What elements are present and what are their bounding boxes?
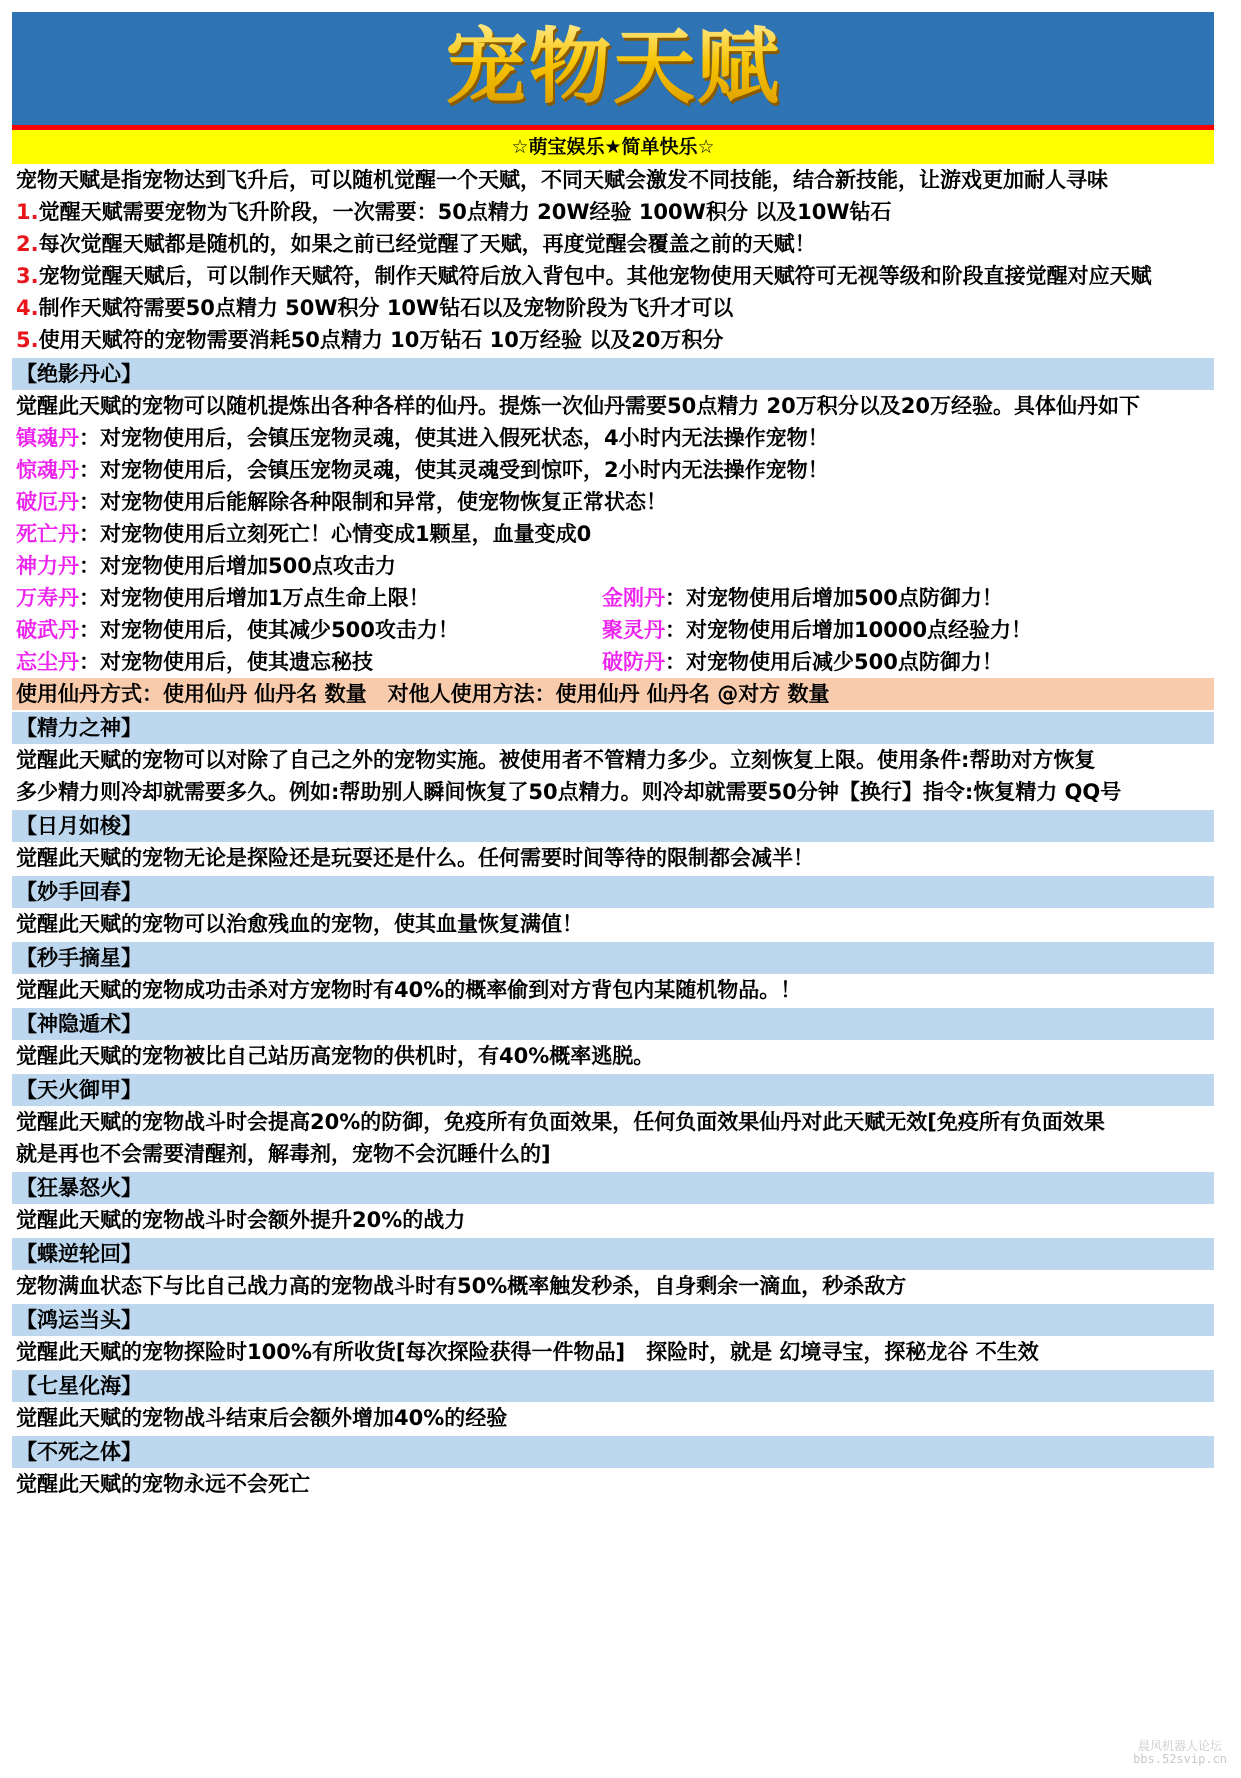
watermark-url: bbs.52svip.cn [1133, 1753, 1227, 1766]
pill-effect: ：对宠物使用后，使其减少500攻击力！ [79, 618, 459, 642]
section-header: 【蝶逆轮回】 [12, 1238, 1214, 1270]
rule-number: 1. [16, 200, 39, 224]
rule-text: 使用天赋符的宠物需要消耗50点精力 10万钻石 10万经验 以及20万积分 [39, 328, 724, 352]
pill-name: 神力丹 [16, 554, 79, 578]
talent-description: 觉醒此天赋的宠物探险时100%有所收货[每次探险获得一件物品] 探险时，就是 幻… [12, 1336, 1214, 1368]
pill-name: 金刚丹 [602, 586, 665, 610]
pill-usage-instructions: 使用仙丹方式：使用仙丹 仙丹名 数量 对他人使用方法：使用仙丹 仙丹名 @对方 … [12, 678, 1214, 710]
pill-name: 破武丹 [16, 618, 79, 642]
rule-text: 制作天赋符需要50点精力 50W积分 10W钻石以及宠物阶段为飞升才可以 [39, 296, 734, 320]
pill-item: 惊魂丹：对宠物使用后，会镇压宠物灵魂，使其灵魂受到惊吓，2小时内无法操作宠物！ [12, 454, 1214, 486]
section-header: 【天火御甲】 [12, 1074, 1214, 1106]
pill-name: 万寿丹 [16, 586, 79, 610]
section-header: 【狂暴怒火】 [12, 1172, 1214, 1204]
section-header: 【鸿运当头】 [12, 1304, 1214, 1336]
rule-text: 宠物觉醒天赋后，可以制作天赋符，制作天赋符后放入背包中。其他宠物使用天赋符可无视… [39, 264, 1152, 288]
rule-number: 4. [16, 296, 39, 320]
talent-description: 觉醒此天赋的宠物成功击杀对方宠物时有40%的概率偷到对方背包内某随机物品。！ [12, 974, 1214, 1006]
rules-list: 1.觉醒天赋需要宠物为飞升阶段，一次需要：50点精力 20W经验 100W积分 … [12, 196, 1214, 356]
rule-item: 5.使用天赋符的宠物需要消耗50点精力 10万钻石 10万经验 以及20万积分 [12, 324, 1214, 356]
talent-description: 宠物满血状态下与比自己战力高的宠物战斗时有50%概率触发秒杀，自身剩余一滴血，秒… [12, 1270, 1214, 1302]
section-header: 【日月如梭】 [12, 810, 1214, 842]
intro-text: 宠物天赋是指宠物达到飞升后，可以随机觉醒一个天赋，不同天赋会激发不同技能，结合新… [12, 164, 1214, 196]
pill-list: 镇魂丹：对宠物使用后，会镇压宠物灵魂，使其进入假死状态，4小时内无法操作宠物！ … [12, 422, 1214, 582]
slogan-band: ☆萌宝娱乐★简单快乐☆ [12, 130, 1214, 164]
pill-effect: ：对宠物使用后，会镇压宠物灵魂，使其进入假死状态，4小时内无法操作宠物！ [79, 426, 829, 450]
rule-item: 1.觉醒天赋需要宠物为飞升阶段，一次需要：50点精力 20W经验 100W积分 … [12, 196, 1214, 228]
pill-effect: ：对宠物使用后增加500点防御力！ [665, 586, 1003, 610]
pill-effect: ：对宠物使用后减少500点防御力！ [665, 650, 1003, 674]
pill-column-left: 万寿丹：对宠物使用后增加1万点生命上限！ 破武丹：对宠物使用后，使其减少500攻… [12, 582, 598, 678]
pill-name: 破厄丹 [16, 490, 79, 514]
pill-name: 破防丹 [602, 650, 665, 674]
pill-column-right: 金刚丹：对宠物使用后增加500点防御力！ 聚灵丹：对宠物使用后增加10000点经… [598, 582, 1214, 678]
pill-item: 忘尘丹：对宠物使用后，使其遗忘秘技 [12, 646, 598, 678]
pill-item: 神力丹：对宠物使用后增加500点攻击力 [12, 550, 1214, 582]
talent-description: 觉醒此天赋的宠物无论是探险还是玩耍还是什么。任何需要时间等待的限制都会减半！ [12, 842, 1214, 874]
pill-item: 破防丹：对宠物使用后减少500点防御力！ [598, 646, 1214, 678]
talent-description: 觉醒此天赋的宠物战斗时会额外提升20%的战力 [12, 1204, 1214, 1236]
pill-effect: ：对宠物使用后增加500点攻击力 [79, 554, 396, 578]
pill-effect: ：对宠物使用后增加10000点经验力！ [665, 618, 1032, 642]
talent-description: 觉醒此天赋的宠物可以治愈残血的宠物，使其血量恢复满值！ [12, 908, 1214, 940]
talent-description: 觉醒此天赋的宠物战斗时会提高20%的防御，免疫所有负面效果，任何负面效果仙丹对此… [12, 1106, 1214, 1138]
talent-description: 觉醒此天赋的宠物可以对除了自己之外的宠物实施。被使用者不管精力多少。立刻恢复上限… [12, 744, 1214, 776]
section-header: 【七星化海】 [12, 1370, 1214, 1402]
pill-effect: ：对宠物使用后，使其遗忘秘技 [79, 650, 373, 674]
section-header: 【不死之体】 [12, 1436, 1214, 1468]
section-header: 【绝影丹心】 [12, 358, 1214, 390]
rule-text: 每次觉醒天赋都是随机的，如果之前已经觉醒了天赋，再度觉醒会覆盖之前的天赋！ [39, 232, 816, 256]
pill-effect: ：对宠物使用后增加1万点生命上限！ [79, 586, 430, 610]
talent-list: 【精力之神】 觉醒此天赋的宠物可以对除了自己之外的宠物实施。被使用者不管精力多少… [12, 712, 1214, 1500]
pill-two-column-list: 万寿丹：对宠物使用后增加1万点生命上限！ 破武丹：对宠物使用后，使其减少500攻… [12, 582, 1214, 678]
section-header: 【秒手摘星】 [12, 942, 1214, 974]
rule-number: 3. [16, 264, 39, 288]
slogan-text: ☆萌宝娱乐★简单快乐☆ [511, 136, 714, 158]
pill-effect: ：对宠物使用后，会镇压宠物灵魂，使其灵魂受到惊吓，2小时内无法操作宠物！ [79, 458, 829, 482]
talent-description: 就是再也不会需要清醒剂，解毒剂，宠物不会沉睡什么的] [12, 1138, 1214, 1170]
section-description: 觉醒此天赋的宠物可以随机提炼出各种各样的仙丹。提炼一次仙丹需要50点精力 20万… [12, 390, 1214, 422]
pill-item: 死亡丹：对宠物使用后立刻死亡！心情变成1颗星，血量变成0 [12, 518, 1214, 550]
page-title: 宠物天赋 [445, 22, 781, 114]
pill-item: 金刚丹：对宠物使用后增加500点防御力！ [598, 582, 1214, 614]
title-banner: 宠物天赋 [12, 12, 1214, 125]
talent-description: 多少精力则冷却就需要多久。例如:帮助别人瞬间恢复了50点精力。则冷却就需要50分… [12, 776, 1214, 808]
forum-watermark: 晨风机器人论坛 bbs.52svip.cn [1133, 1740, 1227, 1766]
pill-item: 万寿丹：对宠物使用后增加1万点生命上限！ [12, 582, 598, 614]
talent-description: 觉醒此天赋的宠物永远不会死亡 [12, 1468, 1214, 1500]
rule-item: 4.制作天赋符需要50点精力 50W积分 10W钻石以及宠物阶段为飞升才可以 [12, 292, 1214, 324]
rule-number: 5. [16, 328, 39, 352]
pill-effect: ：对宠物使用后能解除各种限制和异常，使宠物恢复正常状态！ [79, 490, 667, 514]
rule-number: 2. [16, 232, 39, 256]
rule-text: 觉醒天赋需要宠物为飞升阶段，一次需要：50点精力 20W经验 100W积分 以及… [39, 200, 892, 224]
pill-name: 聚灵丹 [602, 618, 665, 642]
pill-name: 惊魂丹 [16, 458, 79, 482]
talent-description: 觉醒此天赋的宠物被比自己站历高宠物的供机时，有40%概率逃脱。 [12, 1040, 1214, 1072]
pill-item: 聚灵丹：对宠物使用后增加10000点经验力！ [598, 614, 1214, 646]
pill-name: 忘尘丹 [16, 650, 79, 674]
pill-item: 镇魂丹：对宠物使用后，会镇压宠物灵魂，使其进入假死状态，4小时内无法操作宠物！ [12, 422, 1214, 454]
talent-description: 觉醒此天赋的宠物战斗结束后会额外增加40%的经验 [12, 1402, 1214, 1434]
section-header: 【精力之神】 [12, 712, 1214, 744]
pill-name: 死亡丹 [16, 522, 79, 546]
pill-item: 破武丹：对宠物使用后，使其减少500攻击力！ [12, 614, 598, 646]
section-header: 【妙手回春】 [12, 876, 1214, 908]
pill-item: 破厄丹：对宠物使用后能解除各种限制和异常，使宠物恢复正常状态！ [12, 486, 1214, 518]
rule-item: 3.宠物觉醒天赋后，可以制作天赋符，制作天赋符后放入背包中。其他宠物使用天赋符可… [12, 260, 1214, 292]
document-page: 宠物天赋 ☆萌宝娱乐★简单快乐☆ 宠物天赋是指宠物达到飞升后，可以随机觉醒一个天… [12, 12, 1214, 1500]
pill-name: 镇魂丹 [16, 426, 79, 450]
pill-effect: ：对宠物使用后立刻死亡！心情变成1颗星，血量变成0 [79, 522, 591, 546]
section-header: 【神隐遁术】 [12, 1008, 1214, 1040]
rule-item: 2.每次觉醒天赋都是随机的，如果之前已经觉醒了天赋，再度觉醒会覆盖之前的天赋！ [12, 228, 1214, 260]
